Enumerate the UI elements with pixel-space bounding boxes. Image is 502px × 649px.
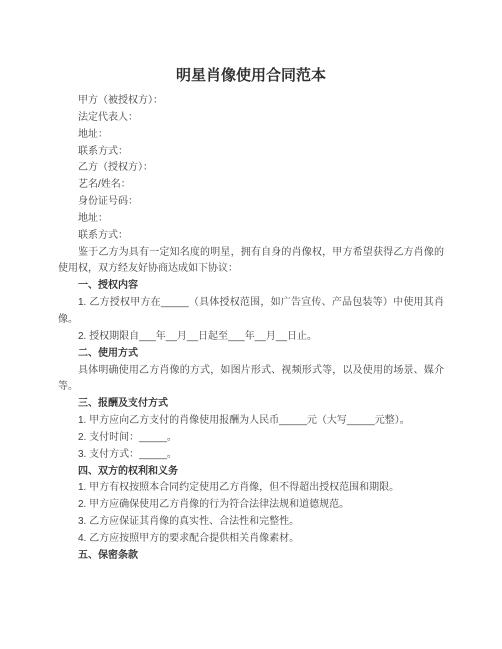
- paragraph: 4. 乙方应按照甲方的要求配合提供相关肖像素材。: [58, 531, 444, 548]
- document-title: 明星肖像使用合同范本: [58, 66, 444, 86]
- paragraph: 1. 甲方应向乙方支付的肖像使用报酬为人民币_____元（大写_____元整）。: [58, 413, 444, 430]
- section-heading: 三、报酬及支付方式: [58, 396, 444, 413]
- section-heading: 五、保密条款: [58, 548, 444, 565]
- paragraph: 3. 乙方应保证其肖像的真实性、合法性和完整性。: [58, 514, 444, 531]
- section-heading: 四、双方的权利和义务: [58, 464, 444, 481]
- paragraph: 法定代表人：: [58, 110, 444, 127]
- paragraph: 甲方（被授权方）：: [58, 93, 444, 110]
- paragraph: 身份证号码：: [58, 194, 444, 211]
- paragraph: 3. 支付方式：_____。: [58, 447, 444, 464]
- section-heading: 二、使用方式: [58, 346, 444, 363]
- contract-page: 明星肖像使用合同范本 甲方（被授权方）：法定代表人：地址：联系方式：乙方（授权方…: [0, 0, 502, 649]
- paragraph: 1. 甲方有权按照本合同约定使用乙方肖像，但不得超出授权范围和期限。: [58, 480, 444, 497]
- paragraph: 1. 乙方授权甲方在_____（具体授权范围，如广告宣传、产品包装等）中使用其肖…: [58, 295, 444, 329]
- paragraph: 乙方（授权方）：: [58, 160, 444, 177]
- paragraph: 地址：: [58, 127, 444, 144]
- paragraph: 联系方式：: [58, 228, 444, 245]
- paragraph: 艺名/姓名：: [58, 177, 444, 194]
- paragraph: 具体明确使用乙方肖像的方式，如图片形式、视频形式等，以及使用的场景、媒介等。: [58, 363, 444, 397]
- paragraph: 联系方式：: [58, 144, 444, 161]
- paragraph: 2. 支付时间：_____。: [58, 430, 444, 447]
- section-heading: 一、授权内容: [58, 278, 444, 295]
- paragraph: 鉴于乙方为具有一定知名度的明星，拥有自身的肖像权，甲方希望获得乙方肖像的使用权，…: [58, 245, 444, 279]
- paragraph: 地址：: [58, 211, 444, 228]
- contract-body: 甲方（被授权方）：法定代表人：地址：联系方式：乙方（授权方）：艺名/姓名：身份证…: [58, 93, 444, 565]
- paragraph: 2. 授权期限自___年__月__日起至___年__月__日止。: [58, 329, 444, 346]
- paragraph: 2. 甲方应确保使用乙方肖像的行为符合法律法规和道德规范。: [58, 497, 444, 514]
